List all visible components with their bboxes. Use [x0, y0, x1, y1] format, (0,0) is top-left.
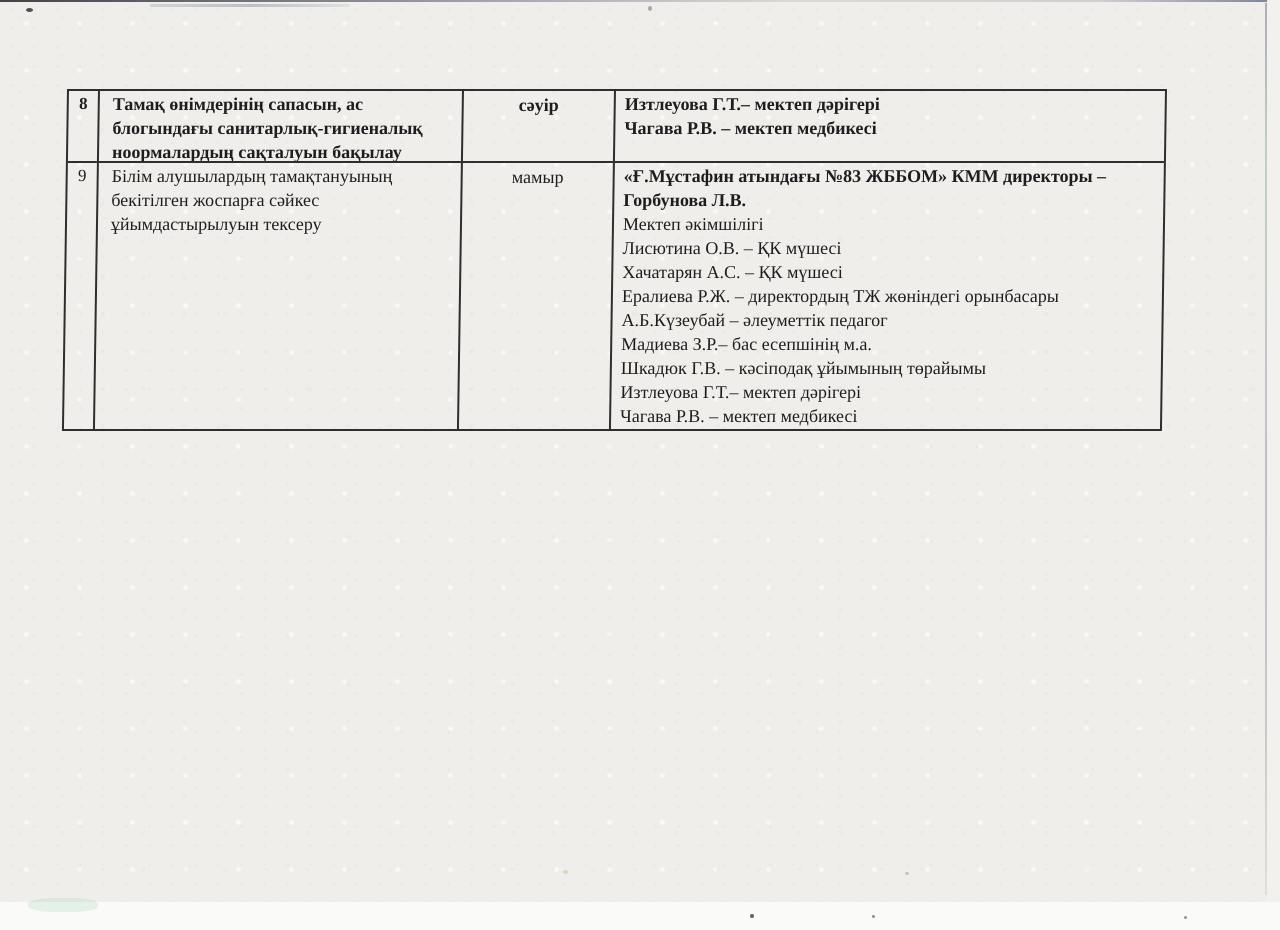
row-number: 9: [78, 166, 87, 185]
scan-edge-right: [1265, 3, 1267, 895]
scan-right-margin: [1267, 0, 1280, 902]
task-cell: Тамақ өнімдерінің сапасын, ас блогындағы…: [97, 91, 462, 161]
row-number-cell: 9: [64, 161, 97, 429]
responsible-line: Ералиева Р.Ж. – директордың ТЖ жөніндегі…: [622, 284, 1156, 308]
scan-bottom-strip: [0, 902, 1280, 930]
scanned-document-page: { "colors": { "paper": "#efeeea", "ink":…: [0, 0, 1280, 930]
responsible-line: Чагава Р.В. – мектеп медбикесі: [624, 116, 1158, 140]
task-cell: Білім алушылардың тамақтануының бекітілг…: [93, 161, 461, 429]
month-cell: мамыр: [457, 161, 613, 429]
task-line: блогындағы санитарлық-гигиеналық: [112, 116, 455, 140]
month-cell: сәуір: [461, 91, 614, 161]
scan-speck: [905, 872, 909, 875]
plan-table: 8 Тамақ өнімдерінің сапасын, ас блогында…: [62, 89, 1167, 431]
task-line: ноормалардың сақталуын бақылау: [112, 140, 455, 161]
month-label: сәуір: [519, 95, 559, 115]
scan-speck: [26, 8, 33, 12]
scan-speck: [563, 870, 568, 874]
scan-smudge: [28, 898, 98, 912]
task-line: Тамақ өнімдерінің сапасын, ас: [113, 92, 456, 116]
responsible-line: Мектеп әкімшілігі: [623, 212, 1157, 236]
scan-speck: [1184, 916, 1187, 919]
row-number-cell: 8: [68, 91, 98, 161]
responsible-cell: Изтлеуова Г.Т.– мектеп дәрігері Чагава Р…: [613, 91, 1165, 161]
scan-speck: [750, 914, 754, 918]
scan-speck: [648, 6, 652, 11]
scan-speck: [872, 915, 875, 918]
responsible-cell: «Ғ.Мұстафин атындағы №83 ЖББОМ» КММ дире…: [609, 161, 1164, 429]
month-label: мамыр: [512, 167, 564, 187]
task-line: бекітілген жоспарға сәйкес: [111, 188, 454, 212]
scan-edge-top: [0, 0, 1280, 2]
responsible-line: Изтлеуова Г.Т.– мектеп дәрігері: [625, 92, 1159, 116]
task-line: ұйымдастырылуын тексеру: [111, 212, 454, 236]
responsible-line: Лисютина О.В. – ҚК мүшесі: [622, 236, 1156, 260]
row-number: 8: [79, 94, 88, 113]
responsible-line: Чагава Р.В. – мектеп медбикесі: [620, 404, 1154, 428]
responsible-line: Мадиева З.Р.– бас есепшінің м.а.: [621, 332, 1155, 356]
task-line: Білім алушылардың тамақтануының: [112, 164, 455, 188]
scan-smudge: [150, 4, 350, 7]
responsible-line: А.Б.Күзеубай – әлеуметтік педагог: [621, 308, 1155, 332]
responsible-line: «Ғ.Мұстафин атындағы №83 ЖББОМ» КММ дире…: [624, 164, 1158, 188]
responsible-line: Горбунова Л.В.: [623, 188, 1157, 212]
responsible-line: Изтлеуова Г.Т.– мектеп дәрігері: [620, 380, 1154, 404]
responsible-line: Хачатарян А.С. – ҚК мүшесі: [622, 260, 1156, 284]
responsible-line: Шкадюк Г.В. – кәсіподақ ұйымының төрайым…: [621, 356, 1155, 380]
